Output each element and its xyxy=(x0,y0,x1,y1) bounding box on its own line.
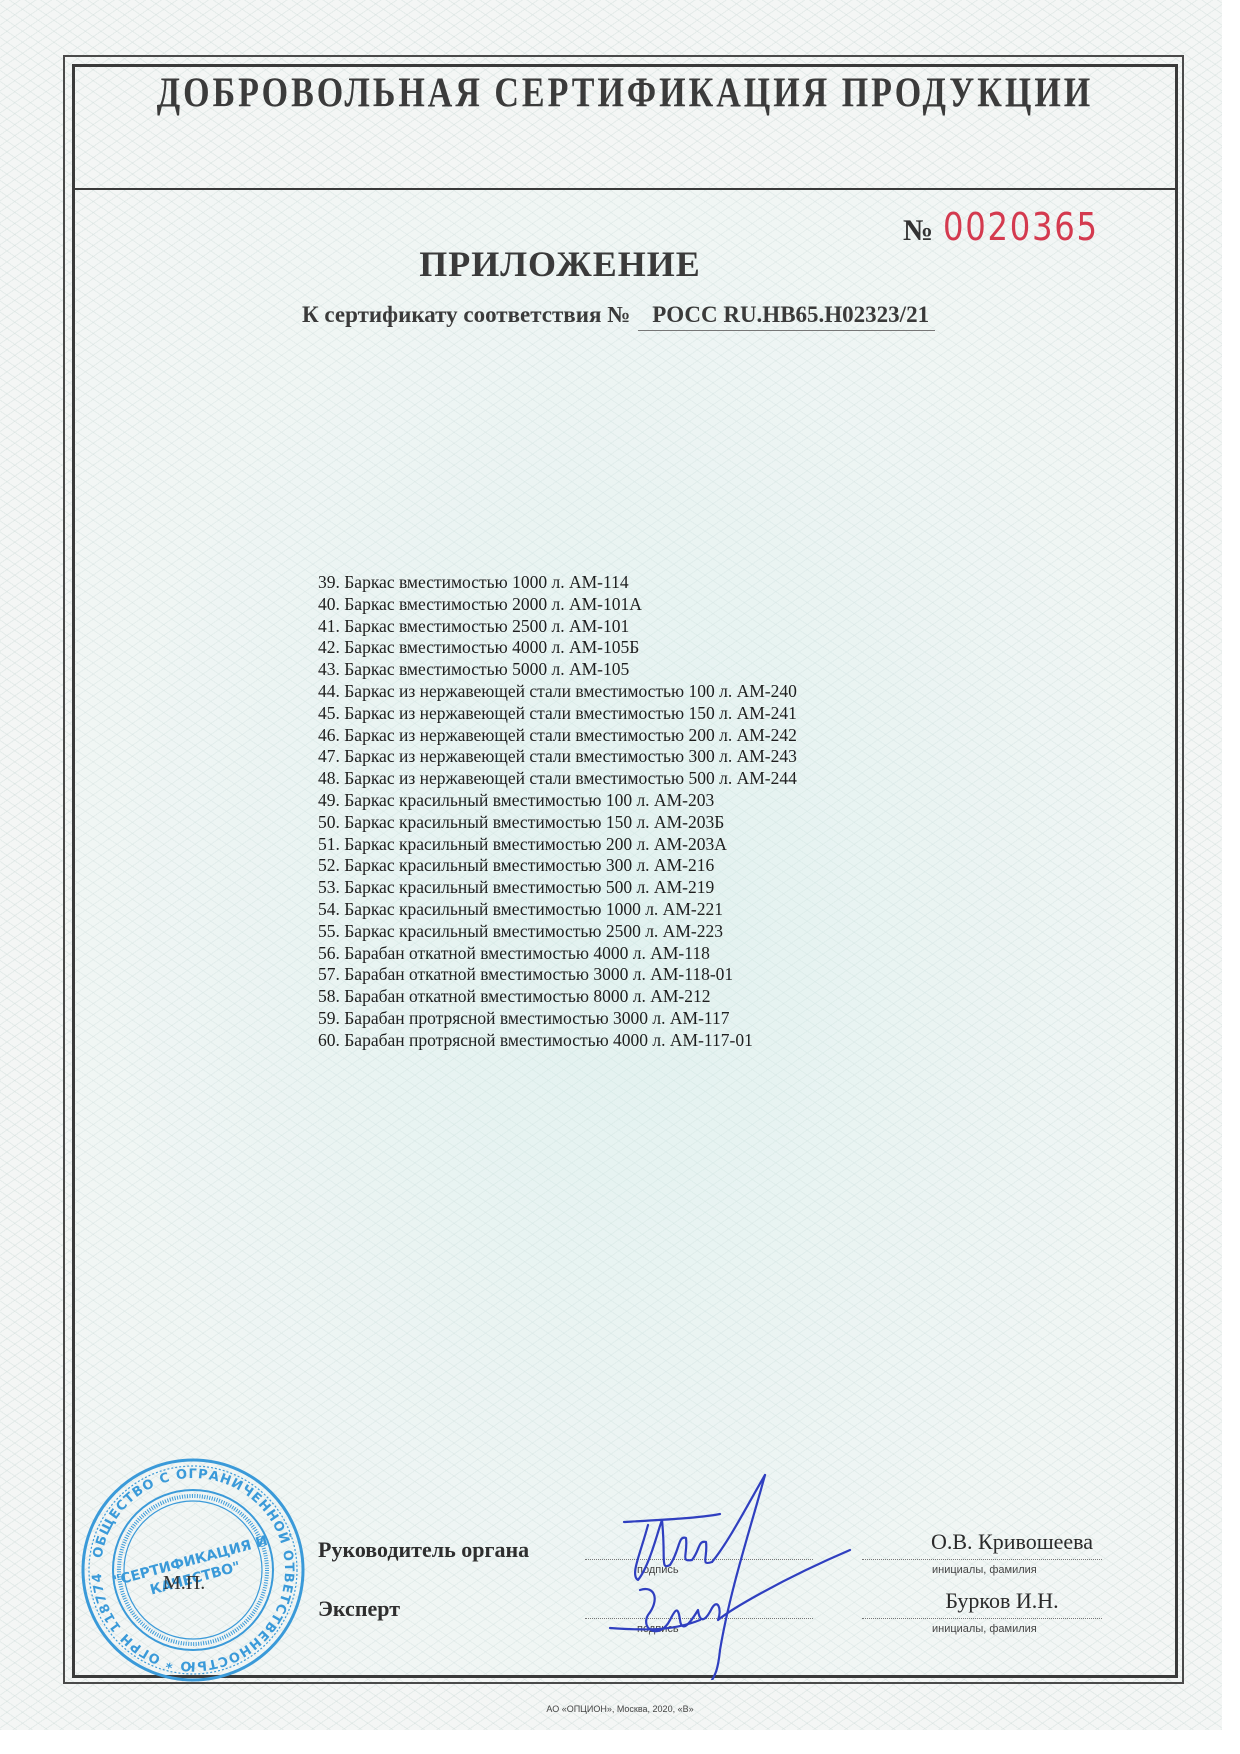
expert-name-line xyxy=(862,1618,1102,1619)
product-list: 39. Баркас вместимостью 1000 л. АМ-11440… xyxy=(318,572,797,1052)
list-item: 53. Баркас красильный вместимостью 500 л… xyxy=(318,877,797,899)
seal-placeholder-label: М.П. xyxy=(163,1572,205,1595)
appendix-title: ПРИЛОЖЕНИЕ xyxy=(0,243,1120,285)
printer-imprint: АО «ОПЦИОН», Москва, 2020, «В» xyxy=(0,1704,1240,1714)
list-item: 46. Баркас из нержавеющей стали вместимо… xyxy=(318,725,797,747)
list-item: 60. Барабан протрясной вместимостью 4000… xyxy=(318,1030,797,1052)
document-header-title: ДОБРОВОЛЬНАЯ СЕРТИФИКАЦИЯ ПРОДУКЦИИ xyxy=(72,70,1178,118)
head-role-label: Руководитель органа xyxy=(318,1537,529,1563)
header-divider xyxy=(72,188,1178,190)
list-item: 54. Баркас красильный вместимостью 1000 … xyxy=(318,899,797,921)
expert-role-label: Эксперт xyxy=(318,1596,400,1622)
round-seal-icon: ОБЩЕСТВО С ОГРАНИЧЕННОЙ ОТВЕТСТВЕННОСТЬЮ… xyxy=(78,1455,308,1685)
list-item: 56. Барабан откатной вместимостью 4000 л… xyxy=(318,943,797,965)
head-name: О.В. Кривошеева xyxy=(862,1529,1162,1555)
list-item: 45. Баркас из нержавеющей стали вместимо… xyxy=(318,703,797,725)
certificate-reference: К сертификату соответствия № РОСС RU.НВ6… xyxy=(302,302,935,331)
head-name-caption: инициалы, фамилия xyxy=(932,1564,1037,1576)
reference-value: РОСС RU.НВ65.Н02323/21 xyxy=(638,302,935,331)
list-item: 57. Барабан откатной вместимостью 3000 л… xyxy=(318,964,797,986)
reference-label: К сертификату соответствия № xyxy=(302,302,630,328)
list-item: 49. Баркас красильный вместимостью 100 л… xyxy=(318,790,797,812)
list-item: 40. Баркас вместимостью 2000 л. АМ-101А xyxy=(318,594,797,616)
list-item: 50. Баркас красильный вместимостью 150 л… xyxy=(318,812,797,834)
list-item: 48. Баркас из нержавеющей стали вместимо… xyxy=(318,768,797,790)
list-item: 43. Баркас вместимостью 5000 л. АМ-105 xyxy=(318,659,797,681)
list-item: 52. Баркас красильный вместимостью 300 л… xyxy=(318,855,797,877)
list-item: 55. Баркас красильный вместимостью 2500 … xyxy=(318,921,797,943)
list-item: 42. Баркас вместимостью 4000 л. АМ-105Б xyxy=(318,637,797,659)
expert-name: Бурков И.Н. xyxy=(862,1588,1142,1614)
head-name-line xyxy=(862,1559,1102,1560)
list-item: 51. Баркас красильный вместимостью 200 л… xyxy=(318,834,797,856)
list-item: 41. Баркас вместимостью 2500 л. АМ-101 xyxy=(318,616,797,638)
expert-name-caption: инициалы, фамилия xyxy=(932,1623,1037,1635)
list-item: 44. Баркас из нержавеющей стали вместимо… xyxy=(318,681,797,703)
list-item: 59. Барабан протрясной вместимостью 3000… xyxy=(318,1008,797,1030)
list-item: 47. Баркас из нержавеющей стали вместимо… xyxy=(318,746,797,768)
list-item: 39. Баркас вместимостью 1000 л. АМ-114 xyxy=(318,572,797,594)
list-item: 58. Барабан откатной вместимостью 8000 л… xyxy=(318,986,797,1008)
handwritten-signature-icon xyxy=(600,1470,860,1680)
